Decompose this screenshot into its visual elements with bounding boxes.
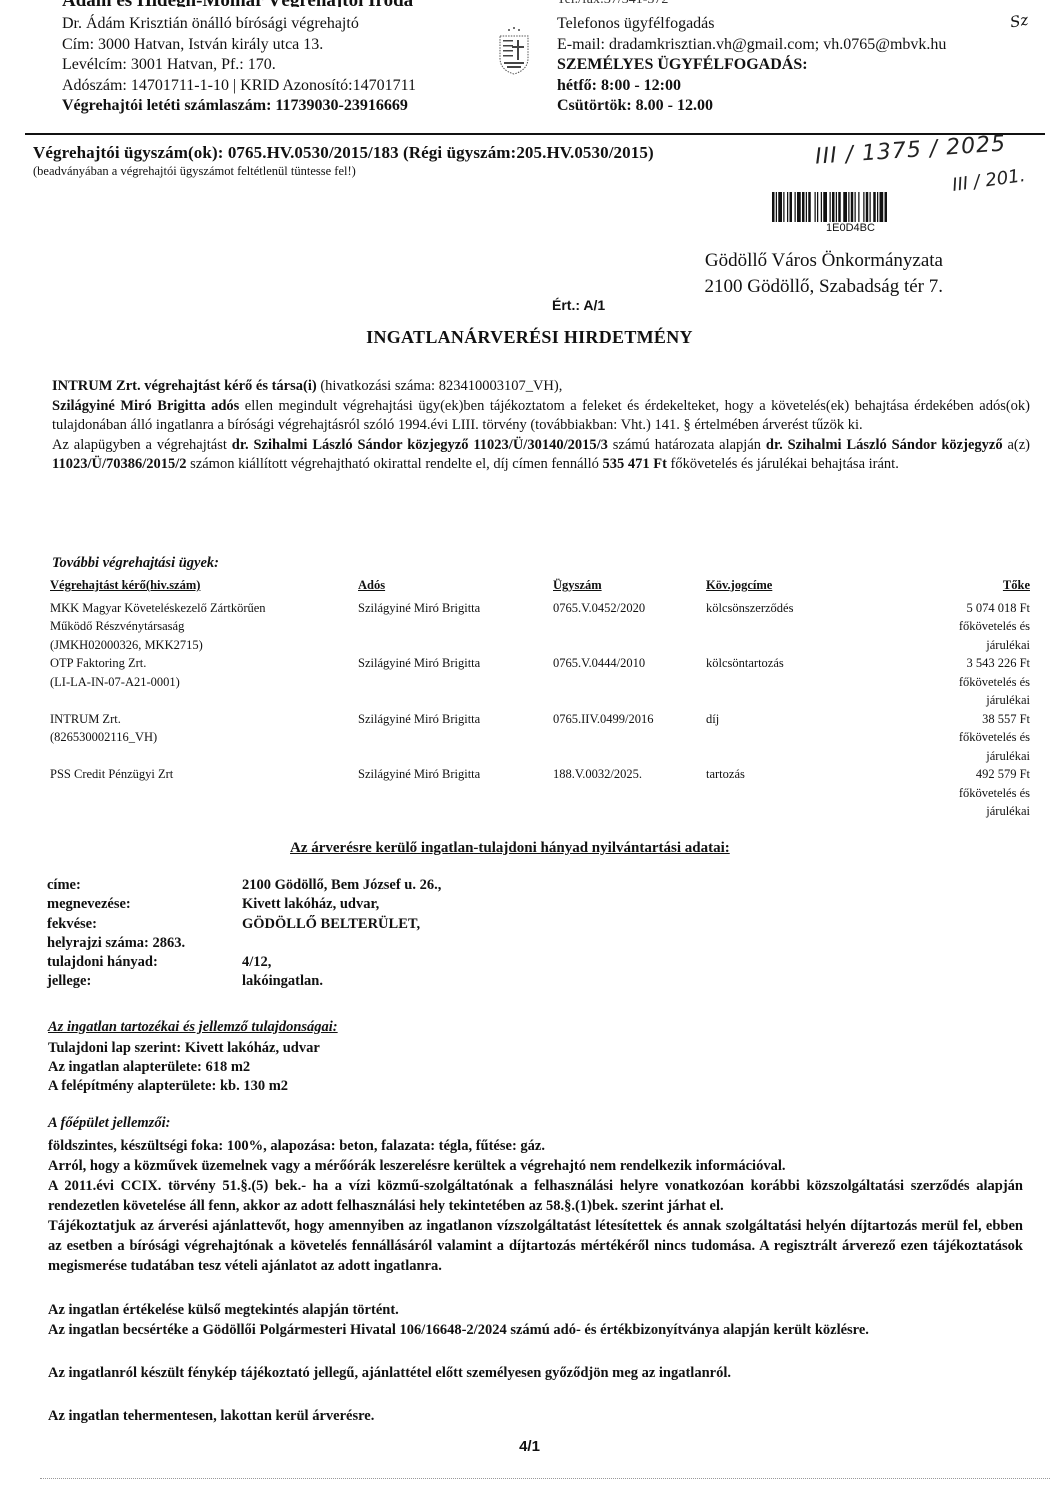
reception-hours-thursday: Csütörtök: 8.00 - 12.00 <box>557 96 946 117</box>
col-creditor: Végrehajtást kérő(hiv.szám) <box>50 576 358 599</box>
creditor-name: INTRUM Zrt. végrehajtást kérő és társa(i… <box>52 378 317 394</box>
property-field-value: 4/12, <box>242 953 271 972</box>
cell-debtor: Szilágyiné Miró Brigitta <box>358 765 553 821</box>
feature-line: A felépítmény alapterülete: kb. 130 m2 <box>48 1077 320 1096</box>
col-capital: Tőke <box>906 576 1030 599</box>
recipient-name: Gödöllő Város Önkormányzata <box>704 248 943 274</box>
property-field: címe:2100 Gödöllő, Bem József u. 26., <box>47 876 441 895</box>
case-number-note: (beadványában a végrehajtói ügyszámot fe… <box>33 164 356 179</box>
col-legal-title: Köv.jogcíme <box>706 576 906 599</box>
property-field-value: Kivett lakóház, udvar, <box>242 895 379 914</box>
postal-address-line: Levélcím: 3001 Hatvan, Pf.: 170. <box>62 55 416 76</box>
intro-paragraphs: INTRUM Zrt. végrehajtást kérő és társa(i… <box>52 377 1030 475</box>
building-paragraph: A 2011.évi CCIX. törvény 51.§.(5) bek.- … <box>48 1176 1023 1216</box>
tax-id-line: Adószám: 14701711-1-10 | KRID Azonosító:… <box>62 76 416 97</box>
cell-case-number: 0765.V.0452/2020 <box>553 599 706 655</box>
feature-line: Az ingatlan alapterülete: 618 m2 <box>48 1058 320 1077</box>
table-row: PSS Credit Pénzügyi ZrtSzilágyiné Miró B… <box>50 765 1030 821</box>
col-debtor: Adós <box>358 576 553 599</box>
enforceable-document-number: 11023/Ü/70386/2015/2 <box>52 456 187 472</box>
office-header-right: Tel./fax:37/341-372 Telefonos ügyfélfoga… <box>557 0 946 117</box>
building-paragraph: földszintes, készültségi foka: 100%, ala… <box>48 1136 1023 1156</box>
main-building-paragraphs: földszintes, készültségi foka: 100%, ala… <box>48 1136 1023 1276</box>
handwritten-sub-number: III / 201. <box>951 165 1027 196</box>
basis-text-i: főkövetelés és járulékai behajtása iránt… <box>667 456 899 472</box>
hungarian-coat-of-arms-icon <box>497 26 531 76</box>
property-field-label: megnevezése: <box>47 895 242 914</box>
property-field: fekvése:GÖDÖLLŐ BELTERÜLET, <box>47 915 441 934</box>
scan-noise-line <box>40 1478 1050 1481</box>
cell-case-number: 188.V.0032/2025. <box>553 765 706 821</box>
barcode-label: 1E0D4BC <box>772 222 929 234</box>
property-field-label: tulajdoni hányad: <box>47 953 242 972</box>
closing-paragraphs: Az ingatlan értékelése külső megtekintés… <box>48 1300 1048 1426</box>
basis-text-c: számú határozata alapján <box>608 437 766 453</box>
recipient-block: Gödöllő Város Önkormányzata 2100 Gödöllő… <box>704 248 943 300</box>
table-row: OTP Faktoring Zrt.(LI-LA-IN-07-A21-0001)… <box>50 654 1030 710</box>
property-field-value: GÖDÖLLŐ BELTERÜLET, <box>242 915 420 934</box>
cell-creditor: OTP Faktoring Zrt.(LI-LA-IN-07-A21-0001) <box>50 654 358 710</box>
property-fields: címe:2100 Gödöllő, Bem József u. 26.,meg… <box>47 876 441 992</box>
status-note: Az ingatlan tehermentesen, lakottan kerü… <box>48 1406 1048 1426</box>
property-field: megnevezése:Kivett lakóház, udvar, <box>47 895 441 914</box>
cell-creditor: INTRUM Zrt.(826530002116_VH) <box>50 710 358 766</box>
recipient-address: 2100 Gödöllő, Szabadság tér 7. <box>704 274 943 300</box>
feature-line: Tulajdoni lap szerint: Kivett lakóház, u… <box>48 1039 320 1058</box>
cell-case-number: 0765.IIV.0499/2016 <box>553 710 706 766</box>
table-header-row: Végrehajtást kérő(hiv.szám) Adós Ügyszám… <box>50 576 1030 599</box>
table-row: MKK Magyar Követeléskezelő ZártkörűenMűk… <box>50 599 1030 655</box>
office-name: Ádám és Hidegh-Molnár Végrehajtói Iroda <box>62 0 416 7</box>
case-number: Végrehajtói ügyszám(ok): 0765.HV.0530/20… <box>33 143 654 163</box>
main-building-section-title: A főépület jellemzői: <box>48 1115 170 1132</box>
intro-basis-paragraph: Az alapügyben a végrehajtást dr. Szihalm… <box>52 436 1030 475</box>
phone-reception-line: Telefonos ügyfélfogadás <box>557 14 946 35</box>
property-field-value: 2100 Gödöllő, Bem József u. 26., <box>242 876 441 895</box>
features-list: Tulajdoni lap szerint: Kivett lakóház, u… <box>48 1039 320 1096</box>
other-cases-title: További végrehajtási ügyek: <box>52 555 219 572</box>
cell-debtor: Szilágyiné Miró Brigitta <box>358 710 553 766</box>
cell-capital: 5 074 018 Ftfőkövetelés ésjárulékai <box>906 599 1030 655</box>
building-paragraph: Tájékoztatjuk az árverési ajánlattevőt, … <box>48 1216 1023 1276</box>
office-header-left: Ádám és Hidegh-Molnár Végrehajtói Iroda … <box>62 0 416 117</box>
property-field-label: fekvése: <box>47 915 242 934</box>
cell-debtor: Szilágyiné Miró Brigitta <box>358 654 553 710</box>
cell-creditor: PSS Credit Pénzügyi Zrt <box>50 765 358 821</box>
property-section-title: Az árverésre kerülő ingatlan-tulajdoni h… <box>290 840 730 857</box>
notification-code: Ért.: A/1 <box>552 297 605 313</box>
property-field: tulajdoni hányad:4/12, <box>47 953 441 972</box>
barcode-icon <box>772 192 929 222</box>
header-divider <box>25 133 1045 135</box>
cell-legal-title: tartozás <box>706 765 906 821</box>
claim-amount: 535 471 Ft <box>602 456 666 472</box>
cell-legal-title: kölcsöntartozás <box>706 654 906 710</box>
address-line: Cím: 3000 Hatvan, István király utca 13. <box>62 35 416 56</box>
creditor-reference: (hivatkozási száma: 823410003107_VH), <box>317 378 563 394</box>
cell-case-number: 0765.V.0444/2010 <box>553 654 706 710</box>
page-number: 4/1 <box>0 1438 1059 1455</box>
basis-text-a: Az alapügyben a végrehajtást <box>52 437 232 453</box>
valuation-note-1: Az ingatlan értékelése külső megtekintés… <box>48 1300 1048 1320</box>
basis-text-g: számon kiállított végrehajtható okiratta… <box>187 456 603 472</box>
phone-fax-line: Tel./fax:37/341-372 <box>557 0 946 6</box>
cell-legal-title: díj <box>706 710 906 766</box>
cell-legal-title: kölcsönszerződés <box>706 599 906 655</box>
handwritten-registry-number: III / 1375 / 2025 <box>814 131 1007 169</box>
col-case-number: Ügyszám <box>553 576 706 599</box>
property-field-label: jellege: <box>47 972 242 991</box>
cell-capital: 492 579 Ftfőkövetelés ésjárulékai <box>906 765 1030 821</box>
property-field-value: lakóingatlan. <box>242 972 323 991</box>
reception-title: SZEMÉLYES ÜGYFÉLFOGADÁS: <box>557 55 946 76</box>
photo-note: Az ingatlanról készült fénykép tájékozta… <box>48 1363 1048 1383</box>
cell-creditor: MKK Magyar Követeléskezelő ZártkörűenMűk… <box>50 599 358 655</box>
email-line: E-mail: dradamkrisztian.vh@gmail.com; vh… <box>557 35 946 56</box>
intro-debtor-paragraph: Szilágyiné Miró Brigitta adós ellen megi… <box>52 397 1030 436</box>
other-cases-table: Végrehajtást kérő(hiv.szám) Adós Ügyszám… <box>50 576 1030 821</box>
notary-decision: dr. Szihalmi László Sándor közjegyző 110… <box>232 437 608 453</box>
basis-text-e: a(z) <box>1003 437 1030 453</box>
notary-name: dr. Szihalmi László Sándor közjegyző <box>766 437 1003 453</box>
officer-line: Dr. Ádám Krisztián önálló bírósági végre… <box>62 14 416 35</box>
property-field: helyrajzi száma: 2863. <box>47 934 441 953</box>
table-row: INTRUM Zrt.(826530002116_VH)Szilágyiné M… <box>50 710 1030 766</box>
building-paragraph: Arról, hogy a közművek üzemelnek vagy a … <box>48 1156 1023 1176</box>
property-field-label: címe: <box>47 876 242 895</box>
reception-hours-monday: hétfő: 8:00 - 12:00 <box>557 76 946 97</box>
property-field: jellege:lakóingatlan. <box>47 972 441 991</box>
document-title: INGATLANÁRVERÉSI HIRDETMÉNY <box>0 327 1059 348</box>
property-field-label: helyrajzi száma: 2863. <box>47 934 185 953</box>
debtor-name: Szilágyiné Miró Brigitta adós <box>52 398 239 414</box>
escrow-account-line: Végrehajtói letéti számlaszám: 11739030-… <box>62 96 416 117</box>
cell-capital: 3 543 226 Ftfőkövetelés ésjárulékai <box>906 654 1030 710</box>
handwritten-initials: Sz <box>1009 11 1030 32</box>
intro-creditor-line: INTRUM Zrt. végrehajtást kérő és társa(i… <box>52 377 1030 397</box>
cell-debtor: Szilágyiné Miró Brigitta <box>358 599 553 655</box>
cell-capital: 38 557 Ftfőkövetelés ésjárulékai <box>906 710 1030 766</box>
features-section-title: Az ingatlan tartozékai és jellemző tulaj… <box>48 1019 338 1036</box>
valuation-note-2: Az ingatlan becsértéke a Gödöllői Polgár… <box>48 1320 1048 1340</box>
